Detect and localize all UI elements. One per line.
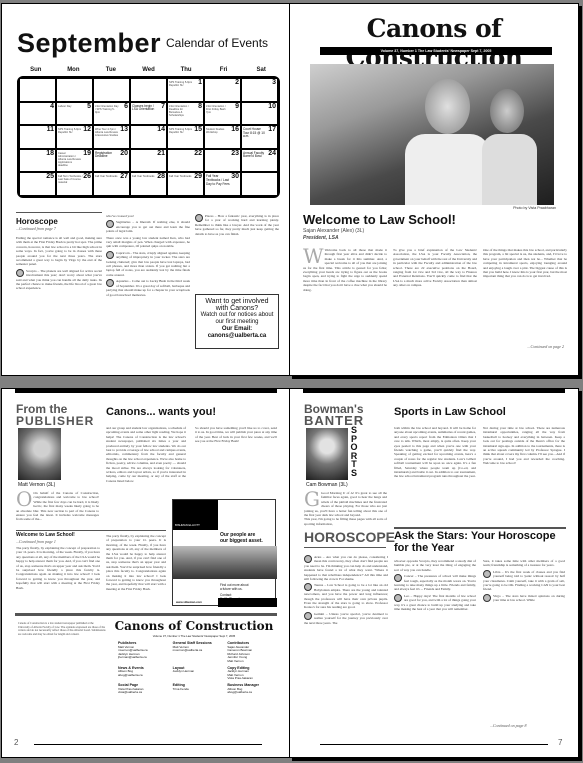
front-page: Canons of Construction Volume 37, Number… [289,3,579,376]
front-article-col-3: One of the things that makes this law sc… [483,248,567,336]
ad-footer-block [218,598,277,607]
author-name: Matt Vernon (3L) [18,482,55,488]
bottom-spread: From the PUBLISHER Matt Vernon (3L) Cano… [0,380,583,763]
day-number: 17 [268,126,276,133]
publisher-intro: OOn behalf of the Canons of Construction… [16,491,99,529]
day-event: SPS Training 5-9pm Republic SU [169,128,194,134]
calendar-day-cell [94,79,129,101]
calendar-day-cell: 23 [205,150,240,172]
calendar-day-cell: 4 [20,103,55,125]
day-event: LSA Orientation Day / SPS Training 5-9pm [95,105,120,114]
horoscope-section-label: HOROSCOPE [304,529,395,545]
article-text: One of the things that makes this law sc… [483,248,567,278]
calendar-day-cell: Student Studies Workshop16 [205,126,240,148]
calendar-day-cell: 10 [242,103,277,125]
horoscope-aquarius: Aquarius – Come out to Lucky Bush in the… [106,279,190,296]
ad-text: a future with us. [220,587,249,591]
day-number: 27 [120,173,128,180]
horoscope-column-3: Pisces – How a fantastic year, everythin… [195,214,279,292]
sports-col-3: Not during your time at law school. Ther… [483,426,565,526]
day-number: 23 [231,150,239,157]
staff-entry: PublishersMatt Vernonmvernon@ualberta.ca… [118,639,169,664]
calendar-day-cell: Annual Faculty Barrel'd Bowl24 [242,150,277,172]
welcome-cont-title: Welcome to Law School! [16,532,75,538]
horoscope-aries: Aries – Are what you can do please, cons… [304,555,388,581]
libra-icon [483,570,491,578]
capricorn-icon [106,251,114,259]
day-number: 1 [198,79,202,86]
author-name: Cam Bowman (3L) [306,482,348,488]
aries-icon [304,555,312,563]
ad-brand: BISHMAN ELLIOTT [173,500,218,530]
calendar-title: September [17,28,161,59]
horoscope-column-2: who've crossed you! Sagittarius – A Imer… [106,214,190,376]
page-number: 7 [558,738,562,747]
day-number: 21 [157,150,165,157]
calendar-day-cell: 3 [242,79,277,101]
author-title: President, LSA [303,235,364,242]
calendar-day-cell: Fall Year Textbooks27 [94,173,129,195]
law-firm-ad: BISHMAN ELLIOTT Our people are our bigge… [172,499,276,606]
article-text: The party finally, by explaining the con… [16,546,100,590]
staff-entry: Social PageVista Pras-hakaranvista@ualbe… [118,681,169,695]
calendar-day-cell [20,79,55,101]
weekday: Fri [205,67,243,73]
day-number: 12 [83,126,91,133]
page-7: Bowman's BANTER S P O R T S Cam Bowman (… [289,388,579,758]
continued-note: ...Continued from page 1 [16,539,56,544]
day-number: 25 [46,173,54,180]
staff-name: vista@ualberta.ca [118,691,169,695]
stars-col-3: Sure, it takes some time with other memb… [483,559,565,709]
horoscope-scorpio: Scorpio – The planets are well aligned f… [16,269,102,291]
aquarius-icon [106,279,114,287]
calendar-day-cell: Career Administration / Alberta Law Revi… [57,150,92,172]
horoscope-prev-text: who've crossed you! [106,214,190,218]
article-text: The party finally, by explaining the con… [106,534,166,591]
calendar-day-cell: LSA Orientation / Deadline for Bursaries… [168,103,203,125]
weekday: Wed [130,67,168,73]
day-event: Fall Year Textbooks [169,175,194,178]
calendar-day-cell: Wine Tour 4-7pm / Alberta Law Review & E… [94,126,129,148]
author-photo [306,428,348,480]
ad-url[interactable]: www.stikeman.com [176,600,202,604]
day-number: 9 [235,103,239,110]
article-text: both within the law school and beyond. I… [394,426,476,478]
horoscope-cancer: Cancer – The pressures of school will ma… [394,574,476,591]
day-number: 15 [194,126,202,133]
sports-col-1: GGood Morning U of A! It's great to see … [304,491,387,526]
calendar-subtitle: Calendar of Events [166,36,268,50]
horoscope-pisces: Pisces – How a fantastic year, everythin… [195,214,279,236]
continued-link[interactable]: ...Continued on page 2 [528,344,564,349]
front-article-col-1: WWelcome back to all those that made it … [303,248,387,370]
cancer-icon [394,574,402,582]
top-rule [15,389,277,393]
staff-entry: LayoutJacklyn Herman [173,664,224,681]
horoscope-taurus: Taurus – Law School is going to be a lot… [304,583,388,609]
calendar-day-cell [242,173,277,195]
weekday: Sat [242,67,280,73]
weekday: Tue [92,67,130,73]
horoscope-virgo: Virgo – The stars have mixed opinions on… [493,594,565,602]
calendar-day-cell: 22 [168,150,203,172]
article-text: whoever opposite Scorpio, they recommend… [394,559,476,572]
staff-entry: News & EventsAllison Bogabog@ualberta.ca [118,664,169,681]
day-number: 2 [235,79,239,86]
page-2: From the PUBLISHER Matt Vernon (3L) Cano… [1,388,289,758]
horoscope-capricorn: Capricorn – The stars, crisply aligned a… [106,251,190,277]
horoscope-headline: Ask the Stars: Your Horoscope for the Ye… [394,530,566,554]
calendar-day-cell: SPS Training 5-9pm Republic SU12 [57,126,92,148]
calendar-day-cell: LSA Orientation / First Friday Bash 7pm9 [205,103,240,125]
day-number: 3 [272,79,276,86]
calendar-weekday-header: Sun Mon Tue Wed Thu Fri Sat [17,67,280,73]
weekday: Thu [167,67,205,73]
author-name: Sajan Alexander (Alex) (3L) [303,228,364,235]
welcome-cont-col-2: The party finally, by explaining the con… [106,534,166,602]
photo-credit: Photo by Vista Praabharan [513,206,556,210]
day-event: Registration Deadline [95,152,120,159]
article-text: To give you a brief explanation of the L… [393,248,477,287]
stars-col-2: whoever opposite Scorpio, they recommend… [394,559,476,735]
promo-line: Watch out for notices about [196,312,278,319]
day-number: 13 [120,126,128,133]
day-number: 14 [157,126,165,133]
calendar-day-cell: 25 [20,173,55,195]
top-rule [303,389,565,393]
calendar-day-cell: SPS Training 5-9pm Republic SU1 [168,79,203,101]
staff-name: mvernon@ualberta.ca [173,649,224,653]
byline: Sajan Alexander (Alex) (3L) President, L… [303,228,364,242]
masthead-subline: Volume 37, Number 1 The Law Students' Ne… [320,47,552,55]
section-label-big: PUBLISHER [16,415,94,427]
article-text: So should you have something you'd like … [195,426,277,443]
calendar-day-cell: 11 [20,126,55,148]
get-involved-box: Want to get involved with Canons? Watch … [195,294,279,349]
ad-tagline: Our people are our biggest asset. [220,533,263,544]
calendar-day-cell: 18 [20,150,55,172]
day-event: Fall Year Textbooks [132,175,157,178]
promo-line: our first meeting [196,319,278,326]
calendar-day-cell [57,79,92,101]
weekday: Sun [17,67,55,73]
staff-box: PublishersMatt Vernonmvernon@ualberta.ca… [118,639,278,695]
calendar-day-cell: Classes begin / LSA Orientation7 [131,103,166,125]
calendar-day-cell [131,79,166,101]
day-number: 8 [198,103,202,110]
virgo-icon [483,594,491,602]
promo-email-link[interactable]: canons@ualberta.ca [196,333,278,340]
day-number: 30 [231,173,239,180]
calendar-day-cell: Fall Year Textbooks / Last Day to Pay Fe… [205,173,240,195]
calendar-day-cell: 2 [205,79,240,101]
day-number: 4 [50,103,54,110]
headline: Canons... wants you! [106,406,216,418]
horoscope-poem: There once was a young law student named… [106,236,190,249]
day-event: SPS Training 5-9pm Republic SU [169,81,194,87]
calendar-day-cell: Court House Tour 8:15 @ 10 a.m.17 [242,126,277,148]
mini-masthead: Canons of Construction [114,619,274,633]
day-number: 11 [47,126,54,133]
front-article-col-2: To give you a brief explanation of the L… [393,248,477,370]
day-number: 26 [83,173,91,180]
day-event: LSA Orientation / Deadline for Bursaries… [169,105,194,117]
leo-icon [394,594,402,602]
horoscope-intro: Ending the special romance is all well a… [16,236,102,267]
staff-name: Trina Fenda [173,688,224,692]
horoscope-gemini: Gemini – Unless you're special, you're d… [304,612,388,625]
weekday: Mon [55,67,93,73]
horoscope-column-1: Ending the special romance is all well a… [16,236,102,376]
horoscope-leo: Leo – Happy days! The first months of la… [394,594,476,611]
day-number: 19 [83,150,91,157]
calendar-day-cell: Labour Day5 [57,103,92,125]
day-event: Wine Tour 4-7pm / Alberta Law Review & E… [95,128,120,137]
day-number: 18 [46,150,54,157]
horoscope-sagittarius: Sagittarius – A Imerald. If nothing else… [106,220,190,233]
day-event: Fall Term Textbooks / Last Sale of Cours… [58,175,83,184]
calendar-day-cell: Fall Term Textbooks / Last Sale of Cours… [57,173,92,195]
letter: S [349,469,359,478]
sports-col-2: both within the law school and beyond. I… [394,426,476,526]
page-number: 2 [14,738,18,747]
cover-photo [310,64,554,205]
day-number: 29 [194,173,202,180]
calendar-day-cell: LSA Orientation Day / SPS Training 5-9pm… [94,103,129,125]
welcome-cont-col-1: The party finally, by explaining the con… [16,546,100,601]
dropcap: O [16,491,32,507]
staff-name: jherman@ualberta.ca [118,656,169,660]
day-number: 20 [120,150,128,157]
calendar-day-cell: 21 [131,150,166,172]
promo-line: Want to get involved [196,298,278,305]
front-headline: Welcome to Law School! [303,212,456,227]
staff-entry: General Staff SessionsMatt Vernonmvernon… [173,639,224,664]
top-spread: September Calendar of Events Sun Mon Tue… [0,0,583,380]
staff-name: Jacklyn Herman [173,670,224,674]
author-photo [18,428,61,480]
calendar-day-cell: 14 [131,126,166,148]
headline: Sports in Law School [394,406,506,418]
scorpio-icon [16,269,24,277]
day-number: 5 [87,103,91,110]
article-text: Not during your time at law school. Ther… [483,426,565,465]
day-number: 24 [268,150,276,157]
footer-rule [34,744,262,745]
canons-col-2: So should you have something you'd like … [195,426,277,496]
calendar-day-cell: Registration Deadline20 [94,150,129,172]
promo-line: with Canons? [196,305,278,312]
gemini-icon [304,612,312,620]
section-header: From the PUBLISHER [16,403,94,427]
article-text: This year, I'm going to be filling these… [304,517,387,526]
day-event: LSA Orientation / First Friday Bash 7pm [206,105,231,114]
staff-entry: EditingTrina Fenda [173,681,224,695]
colophon-text: Canons of Construction is a law student … [18,622,106,692]
day-number: 28 [157,173,165,180]
day-event: SPS Training 5-9pm Republic SU [58,128,83,134]
sagittarius-icon [106,220,114,228]
divider [394,527,566,529]
article-text: and our group and student law organizati… [106,426,186,483]
pisces-icon [195,214,203,222]
day-event: Annual Faculty Barrel'd Bowl [243,152,268,159]
day-event: Student Studies Workshop [206,128,231,134]
calendar-grid: SPS Training 5-9pm Republic SU1234Labour… [17,76,280,198]
day-number: 7 [161,103,165,110]
calendar-day-cell: Fall Year Textbooks28 [131,173,166,195]
continued-link[interactable]: ...Continued on page 8 [490,723,526,728]
staff-entry: Copy EditingJacklyn HermanMatt VernonVis… [227,664,278,681]
day-number: 16 [231,126,239,133]
staff-name: abog@ualberta.ca [227,691,278,695]
continued-note: ...Continued from page 7 [16,226,102,231]
mini-masthead-sub: Volume 37, Number 1 The Law Students' Ne… [114,634,274,638]
article-text: Sure, it takes some time with other memb… [483,559,565,568]
day-event: Fall Year Textbooks / Last Day to Pay Fe… [206,175,231,186]
divider [16,530,166,531]
day-number: 6 [124,103,128,110]
staff-name: abog@ualberta.ca [118,674,169,678]
day-event: Career Administration / Alberta Law Revi… [58,152,83,167]
staff-entry: ContributorsSajan AlexanderCameron Bowma… [227,639,278,664]
horoscope-libra: Libra – It's the first week of classes a… [483,570,565,592]
horoscope-title: Horoscope [16,217,102,226]
day-number: 22 [194,150,202,157]
day-event: Labour Day [58,105,83,108]
divider [304,547,386,548]
calendar-day-cell: SPS Training 5-9pm Republic SU15 [168,126,203,148]
horoscope-header: Horoscope ...Continued from page 7 [16,212,102,231]
ad-tagline-2: our biggest asset. [220,539,263,545]
colophon-rule [15,613,277,616]
section-header: Bowman's BANTER [304,403,364,427]
calendar-page: September Calendar of Events Sun Mon Tue… [1,3,289,376]
stars-col-1: Aries – Are what you can do please, cons… [304,555,388,735]
day-event: Fall Year Textbooks [95,175,120,178]
day-event: Court House Tour 8:15 @ 10 a.m. [243,128,268,139]
taurus-icon [304,583,312,591]
footer-rule [320,744,548,745]
dropcap: W [303,248,324,264]
staff-entry: Business ManagerAllison Bogabog@ualberta… [227,681,278,695]
ad-photo [173,546,277,579]
promo-line: Our Email: [196,326,278,333]
sports-vertical-label: S P O R T S [349,426,359,478]
calendar-day-cell: Fall Year Textbooks29 [168,173,203,195]
day-event: Classes begin / LSA Orientation [132,105,157,112]
dropcap: G [304,491,320,507]
day-number: 10 [268,103,276,110]
